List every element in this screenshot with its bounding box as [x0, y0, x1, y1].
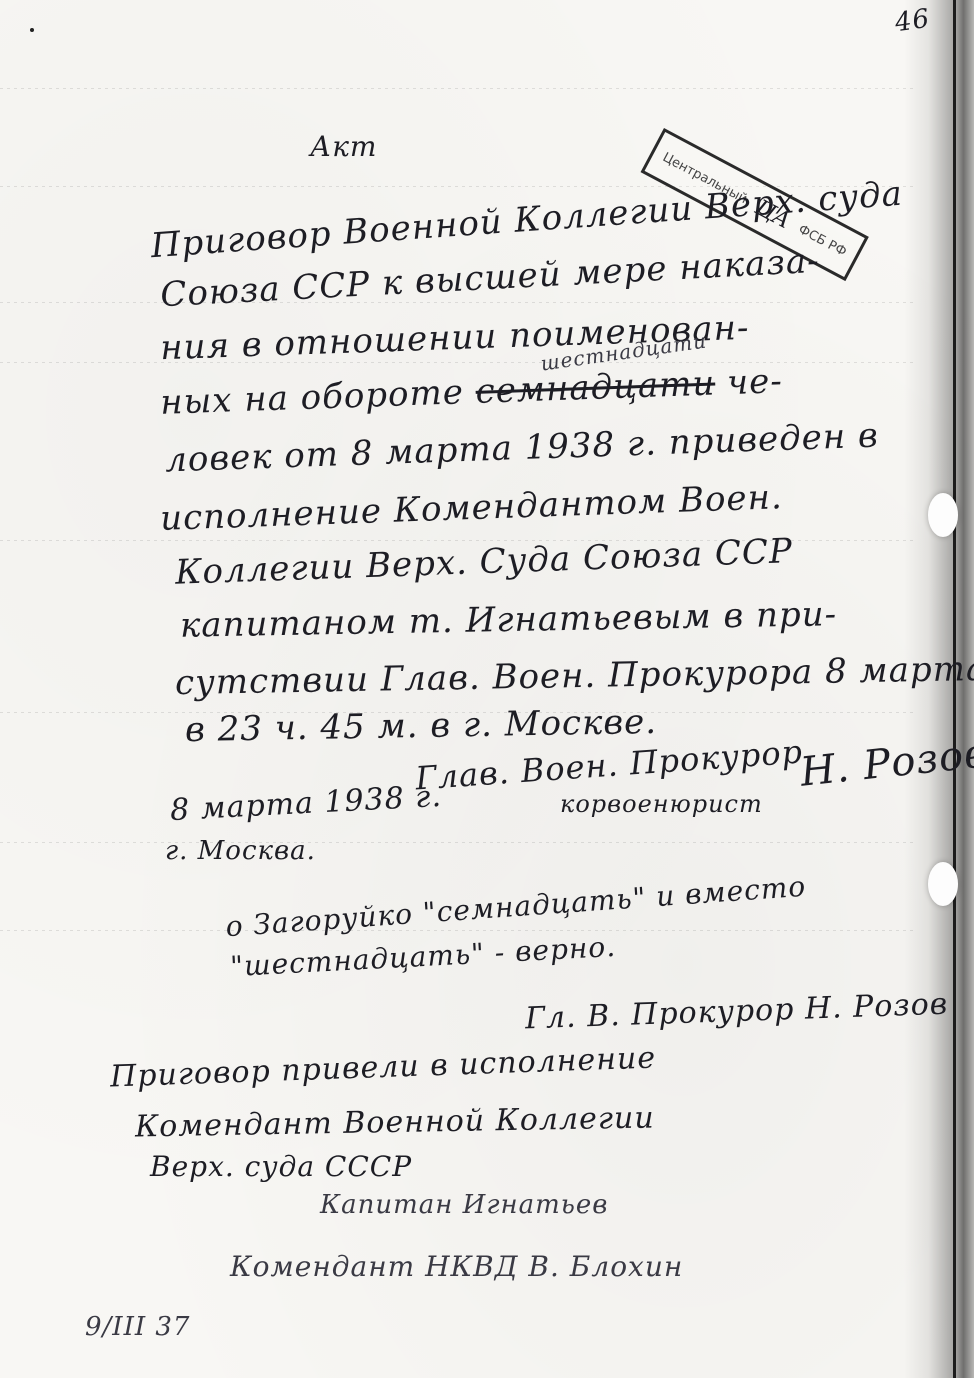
- signature-date: 8 марта 1938 г.: [169, 779, 443, 828]
- footer-date: 9/III 37: [85, 1312, 190, 1342]
- body-line-6: исполнение Комендантом Воен.: [159, 477, 783, 539]
- scanned-document-page: 46 Центральный ЦА ФСБ РФ Акт Приговор Во…: [0, 0, 974, 1378]
- addendum-line-1: о Загоруйко "семнадцать" и вместо: [225, 870, 808, 943]
- signature-city: г. Москва.: [165, 836, 316, 866]
- bleed-through-line: [0, 842, 914, 843]
- body-line-4: ных на обороте семнадцати че-: [159, 361, 783, 423]
- body-line-4-text: ных на обороте: [159, 372, 464, 423]
- speck: [30, 28, 34, 32]
- addendum-signature: Гл. В. Прокурор Н. Розов: [525, 987, 949, 1037]
- bleed-through-line: [0, 88, 914, 89]
- punch-hole: [928, 862, 958, 906]
- body-line-9: сутствии Глав. Воен. Прокурора 8 марта: [175, 649, 974, 703]
- body-line-8: капитаном т. Игнатьевым в при-: [180, 594, 838, 645]
- bleed-through-line: [0, 302, 914, 303]
- execution-line-3: Верх. суда СССР: [150, 1150, 412, 1183]
- execution-line-1: Приговор привели в исполнение: [110, 1040, 657, 1094]
- line-suffix: че-: [726, 361, 783, 403]
- page-number: 46: [893, 4, 932, 39]
- punch-hole: [928, 493, 958, 537]
- document-title: Акт: [310, 130, 377, 163]
- struck-word: семнадцати: [475, 364, 716, 412]
- execution-line-5: Комендант НКВД В. Блохин: [230, 1250, 683, 1283]
- bleed-through-line: [0, 930, 914, 931]
- body-line-5: ловек от 8 марта 1938 г. приведен в: [165, 416, 880, 481]
- execution-line-2: Комендант Военной Коллегии: [135, 1100, 655, 1144]
- signatory-rank: корвоенюрист: [560, 790, 763, 818]
- body-line-10: в 23 ч. 45 м. в г. Москве.: [185, 702, 658, 750]
- execution-line-4: Капитан Игнатьев: [320, 1190, 608, 1220]
